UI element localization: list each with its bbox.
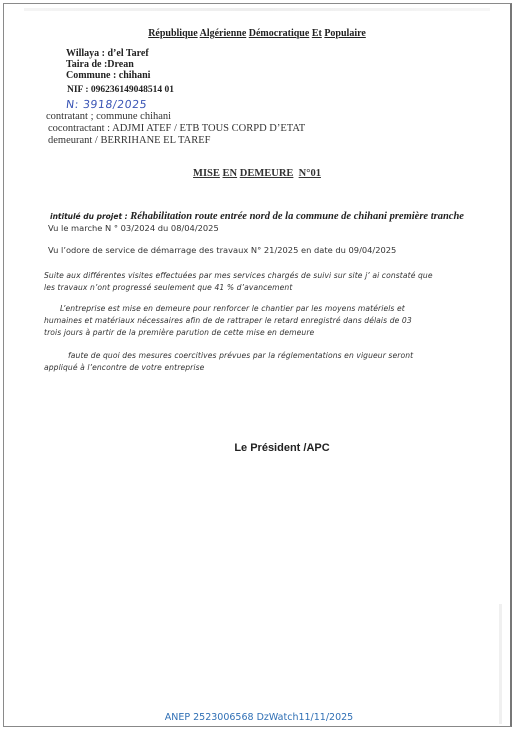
footer-reference[interactable]: ANEP 2523006568 DzWatch11/11/2025 — [0, 712, 518, 723]
header-commune: Commune : chihani — [66, 70, 150, 81]
title-number: N°01 — [299, 168, 321, 179]
cocontractant: cocontractant : ADJMI ATEF / ETB TOUS CO… — [48, 123, 305, 135]
republic-word: Et — [312, 28, 322, 39]
scan-shadow-right — [499, 604, 502, 724]
project-label: intitulé du projet : — [50, 212, 130, 221]
paragraph-faute-line-1: faute de quoi des mesures coercitives pr… — [68, 350, 413, 362]
republic-title: République Algérienne Démocratique Et Po… — [4, 28, 510, 39]
paragraph-entreprise-line-2: humaines et matériaux nécessaires afin d… — [44, 315, 412, 327]
nif-text: NIF : 096236149048514 01 — [67, 85, 174, 95]
document-title: MISE EN DEMEURE N°01 — [4, 168, 510, 179]
scan-shadow — [24, 8, 490, 11]
header-willaya: Willaya : d’el Taref — [66, 48, 149, 59]
document-frame: République Algérienne Démocratique Et Po… — [3, 3, 512, 727]
header-nif: NIF : 096236149048514 01 — [67, 84, 174, 96]
vu-ordre-service: Vu l’odore de service de démarrage des t… — [48, 244, 396, 256]
paragraph-entreprise-line-3: trois jours à partir de la première paru… — [44, 327, 314, 339]
republic-word: Démocratique — [249, 28, 310, 39]
contratant: contratant ; commune chihani — [46, 111, 171, 123]
paragraph-suite-line-2: les travaux n’ont progressé seulement qu… — [44, 282, 292, 294]
demeurant: demeurant / BERRIHANE EL TAREF — [48, 135, 210, 147]
title-word: EN — [223, 168, 238, 179]
vu-marche: Vu le marche N ° 03/2024 du 08/04/2025 — [48, 222, 219, 234]
paragraph-entreprise-line-1: L’entreprise est mise en demeure pour re… — [60, 303, 405, 315]
document-page: République Algérienne Démocratique Et Po… — [4, 4, 510, 726]
title-word: DEMEURE — [240, 168, 294, 179]
title-word: MISE — [193, 168, 220, 179]
paragraph-faute-line-2: appliqué à l’encontre de votre entrepris… — [44, 362, 204, 374]
handwritten-reference: N: 3918/2025 — [65, 98, 148, 111]
header-taira: Taira de :Drean — [66, 59, 134, 70]
republic-word: Algérienne — [200, 28, 247, 39]
project-value: Réhabilitation route entrée nord de la c… — [130, 211, 464, 222]
republic-word: Populaire — [324, 28, 365, 39]
project-title: intitulé du projet : Réhabilitation rout… — [50, 211, 464, 222]
paragraph-suite-line-1: Suite aux différentes visites effectuées… — [44, 270, 433, 282]
signature-president: Le Président /APC — [4, 442, 510, 454]
republic-word: République — [148, 28, 197, 39]
